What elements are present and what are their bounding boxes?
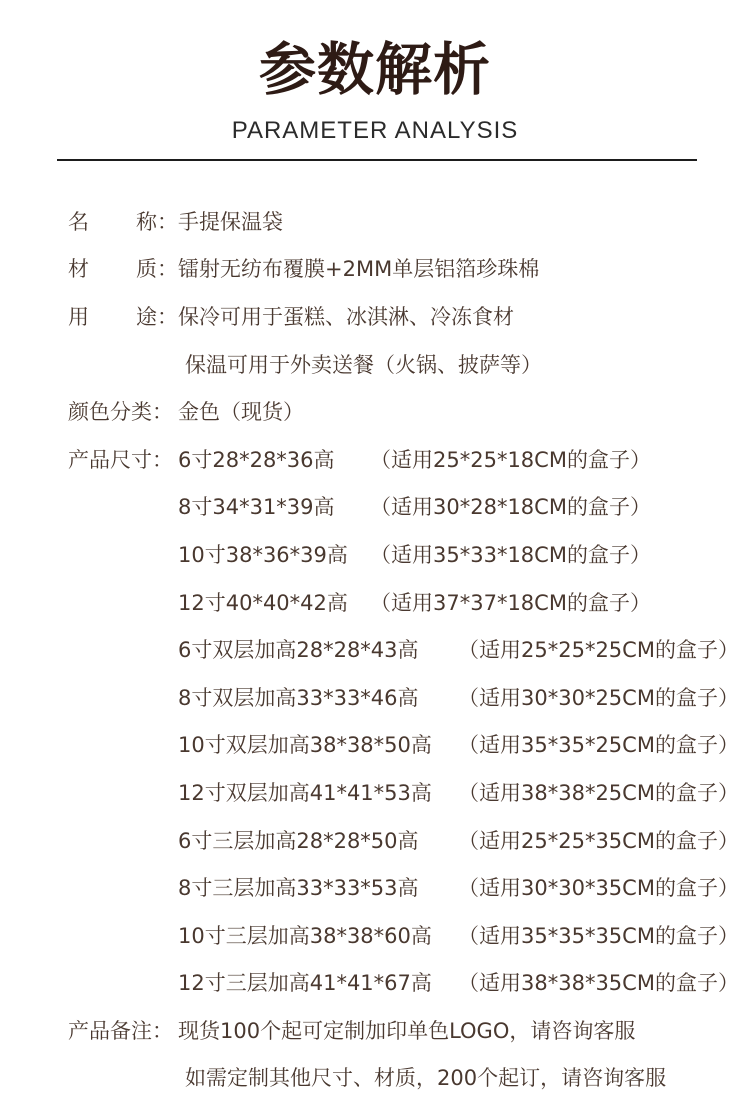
size-fit-text: （适用35*35*35CM的盒子） (458, 920, 750, 950)
size-text: 6寸三层加高28*28*50高 (178, 825, 458, 855)
size-row: 12寸三层加高41*41*67高 （适用38*38*35CM的盒子） (0, 959, 750, 1007)
size-fit-text: （适用30*30*25CM的盒子） (458, 682, 750, 712)
page-subtitle: PARAMETER ANALYSIS (0, 116, 750, 146)
size-text: 12寸三层加高41*41*67高 (178, 967, 458, 997)
size-text: 8寸双层加高33*33*46高 (178, 682, 458, 712)
size-row: 6寸双层加高28*28*43高 （适用25*25*25CM的盒子） (0, 625, 750, 673)
size-fit-text: （适用38*38*25CM的盒子） (458, 777, 750, 807)
size-fit-text: （适用38*38*35CM的盒子） (458, 967, 750, 997)
size-fit-text: （适用25*25*35CM的盒子） (458, 825, 750, 855)
spec-value-material: 镭射无纺布覆膜+2MM单层铝箔珍珠棉 (178, 253, 750, 283)
size-fit-text: （适用35*35*25CM的盒子） (458, 729, 750, 759)
spec-value-notes-line1: 现货100个起可定制加印单色LOGO，请咨询客服 (178, 1015, 750, 1045)
size-fit-text: （适用37*37*18CM的盒子） (370, 587, 750, 617)
header-divider (57, 159, 697, 161)
spec-row-color: 颜色分类： 金色（现货） (0, 387, 750, 435)
size-row: 8寸双层加高33*33*46高 （适用30*30*25CM的盒子） (0, 673, 750, 721)
size-text: 12寸40*40*42高 (178, 587, 370, 617)
size-text: 6寸28*28*36高 (178, 444, 370, 474)
size-text: 6寸双层加高28*28*43高 (178, 634, 458, 664)
size-row: 产品尺寸： 6寸28*28*36高 （适用25*25*18CM的盒子） (0, 435, 750, 483)
spec-label-notes: 产品备注： (68, 1015, 178, 1045)
size-row: 12寸双层加高41*41*53高 （适用38*38*25CM的盒子） (0, 768, 750, 816)
spec-label-usage: 用 途： (68, 301, 178, 331)
size-row: 12寸40*40*42高 （适用37*37*18CM的盒子） (0, 578, 750, 626)
spec-value-color: 金色（现货） (178, 396, 750, 426)
size-fit-text: （适用35*33*18CM的盒子） (370, 539, 750, 569)
size-row: 10寸双层加高38*38*50高 （适用35*35*25CM的盒子） (0, 721, 750, 769)
size-fit-text: （适用25*25*18CM的盒子） (370, 444, 750, 474)
spec-row-usage-cont: 保温可用于外卖送餐（火锅、披萨等） (0, 340, 750, 388)
spec-row-notes: 产品备注： 现货100个起可定制加印单色LOGO，请咨询客服 (0, 1006, 750, 1054)
spec-table: 名 称： 手提保温袋 材 质： 镭射无纺布覆膜+2MM单层铝箔珍珠棉 用 途： … (0, 197, 750, 1101)
size-row: 8寸三层加高33*33*53高 （适用30*30*35CM的盒子） (0, 863, 750, 911)
page-header: 参数解析 PARAMETER ANALYSIS (0, 36, 750, 161)
size-text: 10寸38*36*39高 (178, 539, 370, 569)
spec-label-name: 名 称： (68, 206, 178, 236)
spec-row-material: 材 质： 镭射无纺布覆膜+2MM单层铝箔珍珠棉 (0, 245, 750, 293)
size-text: 8寸三层加高33*33*53高 (178, 872, 458, 902)
spec-row-notes-cont: 如需定制其他尺寸、材质，200个起订，请咨询客服 (0, 1054, 750, 1102)
size-fit-text: （适用30*30*35CM的盒子） (458, 872, 750, 902)
spec-row-name: 名 称： 手提保温袋 (0, 197, 750, 245)
size-row: 10寸三层加高38*38*60高 （适用35*35*35CM的盒子） (0, 911, 750, 959)
spec-row-usage: 用 途： 保冷可用于蛋糕、冰淇淋、冷冻食材 (0, 292, 750, 340)
spec-value-usage-line1: 保冷可用于蛋糕、冰淇淋、冷冻食材 (178, 301, 750, 331)
size-row: 8寸34*31*39高 （适用30*28*18CM的盒子） (0, 483, 750, 531)
size-text: 12寸双层加高41*41*53高 (178, 777, 458, 807)
spec-label-dimensions: 产品尺寸： (68, 444, 178, 474)
page-title: 参数解析 (0, 36, 750, 104)
spec-value-notes-line2: 如需定制其他尺寸、材质，200个起订，请咨询客服 (185, 1062, 666, 1092)
spec-value-name: 手提保温袋 (178, 206, 750, 236)
size-row: 10寸38*36*39高 （适用35*33*18CM的盒子） (0, 530, 750, 578)
spec-label-color: 颜色分类： (68, 396, 178, 426)
size-text: 10寸三层加高38*38*60高 (178, 920, 458, 950)
spec-value-usage-line2: 保温可用于外卖送餐（火锅、披萨等） (185, 349, 542, 379)
size-text: 10寸双层加高38*38*50高 (178, 729, 458, 759)
size-row: 6寸三层加高28*28*50高 （适用25*25*35CM的盒子） (0, 816, 750, 864)
size-text: 8寸34*31*39高 (178, 491, 370, 521)
size-fit-text: （适用30*28*18CM的盒子） (370, 491, 750, 521)
spec-label-material: 材 质： (68, 253, 178, 283)
size-fit-text: （适用25*25*25CM的盒子） (458, 634, 750, 664)
